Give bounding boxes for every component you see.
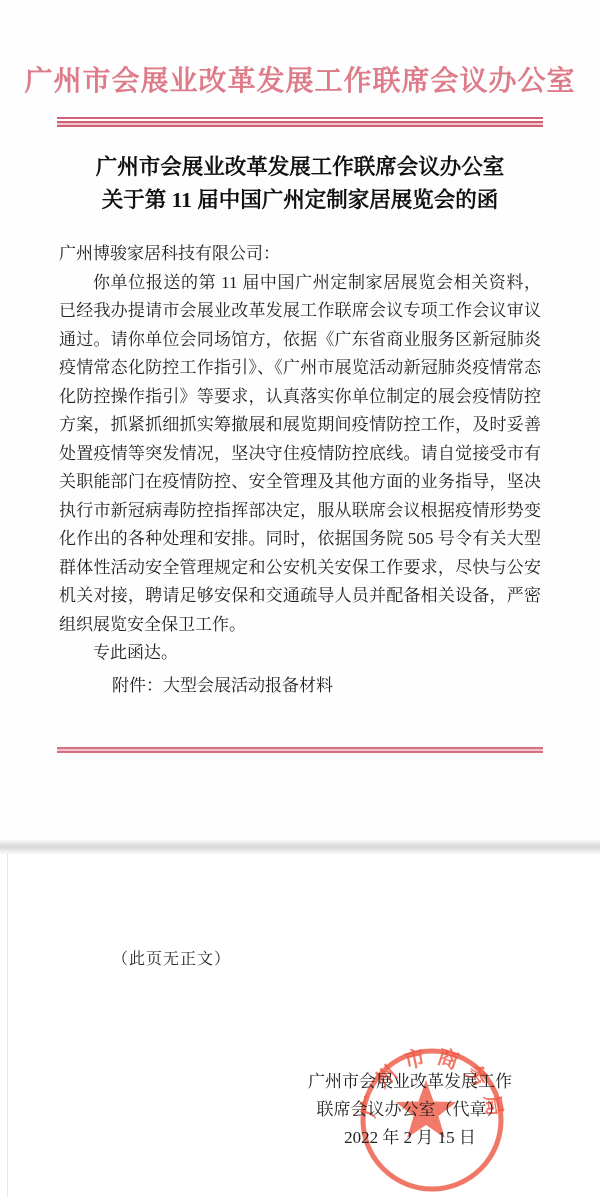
signature-org-line1: 广州市会展业改革发展工作 xyxy=(296,1068,524,1096)
page2-scan-edge-line xyxy=(7,854,8,1197)
recipient-line: 广州博骏家居科技有限公司： xyxy=(59,240,541,269)
closing-line: 专此函达。 xyxy=(59,639,541,668)
letterhead-title: 广州市会展业改革发展工作联席会议办公室 xyxy=(0,0,600,102)
letterhead-divider-thick-line xyxy=(57,121,543,127)
scanned-document: 广州市会展业改革发展工作联席会议办公室 广州市会展业改革发展工作联席会议办公室 … xyxy=(0,0,600,1197)
letter-body: 广州博骏家居科技有限公司： 你单位报送的第 11 届中国广州定制家居展览会相关资… xyxy=(59,240,541,700)
no-body-text-note: （此页无正文） xyxy=(112,946,231,969)
signature-org-line2: 联席会议办公室（代章） xyxy=(296,1096,524,1124)
signature-block: 广州市会展业改革发展工作 联席会议办公室（代章） 2022 年 2 月 15 日 xyxy=(296,1068,524,1152)
letterhead-divider xyxy=(57,117,543,127)
main-paragraph: 你单位报送的第 11 届中国广州定制家居展览会相关资料，已经我办提请市会展业改革… xyxy=(59,269,541,640)
signature-date: 2022 年 2 月 15 日 xyxy=(296,1124,524,1152)
page-1: 广州市会展业改革发展工作联席会议办公室 广州市会展业改革发展工作联席会议办公室 … xyxy=(0,0,600,840)
document-title: 广州市会展业改革发展工作联席会议办公室 关于第 11 届中国广州定制家居展览会的… xyxy=(0,151,600,217)
page-2: （此页无正文） 广州市会展业改革发展工作 联席会议办公室（代章） 2022 年 … xyxy=(0,854,600,1197)
page-separator-shadow xyxy=(0,840,600,854)
attachment-line: 附件：大型会展活动报备材料 xyxy=(59,672,541,701)
page1-footer-rule xyxy=(57,747,543,753)
document-title-line2: 关于第 11 届中国广州定制家居展览会的函 xyxy=(0,184,600,217)
document-title-line1: 广州市会展业改革发展工作联席会议办公室 xyxy=(0,151,600,184)
